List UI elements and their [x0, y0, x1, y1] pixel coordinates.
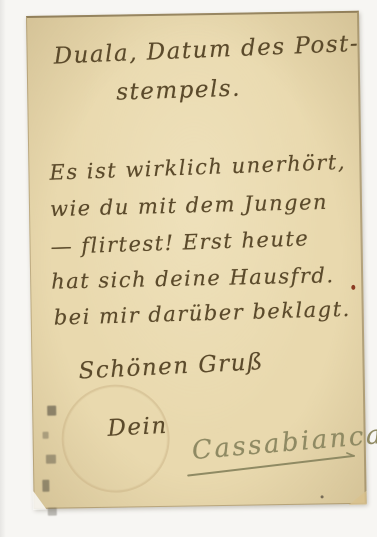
dateline-line-1: Duala, Datum des Post-: [53, 31, 359, 70]
body-line: bei mir darüber beklagt.: [53, 297, 351, 330]
worn-corner-bottom-right: [349, 491, 367, 505]
ink-speck: [321, 495, 324, 498]
faint-postmark-circle-icon: [61, 384, 171, 494]
dateline-line-2: stempels.: [116, 76, 242, 106]
body-line: Es ist wirklich unerhört,: [49, 150, 346, 185]
body-line: wie du mit dem Jungen: [50, 190, 329, 221]
body-line: hat sich deine Hausfrd.: [51, 263, 335, 293]
ink-speck: [351, 285, 355, 290]
signature: Cassabianca: [191, 420, 377, 466]
body-line: — flirtest! Erst heute: [50, 226, 309, 259]
postcard: Duala, Datum des Post- stempels. Es ist …: [26, 11, 367, 509]
edge-ink-smudge-marks: [39, 406, 61, 516]
closing-greeting: Schönen Gruß: [78, 349, 264, 384]
scanned-postcard-background: Duala, Datum des Post- stempels. Es ist …: [0, 0, 377, 537]
